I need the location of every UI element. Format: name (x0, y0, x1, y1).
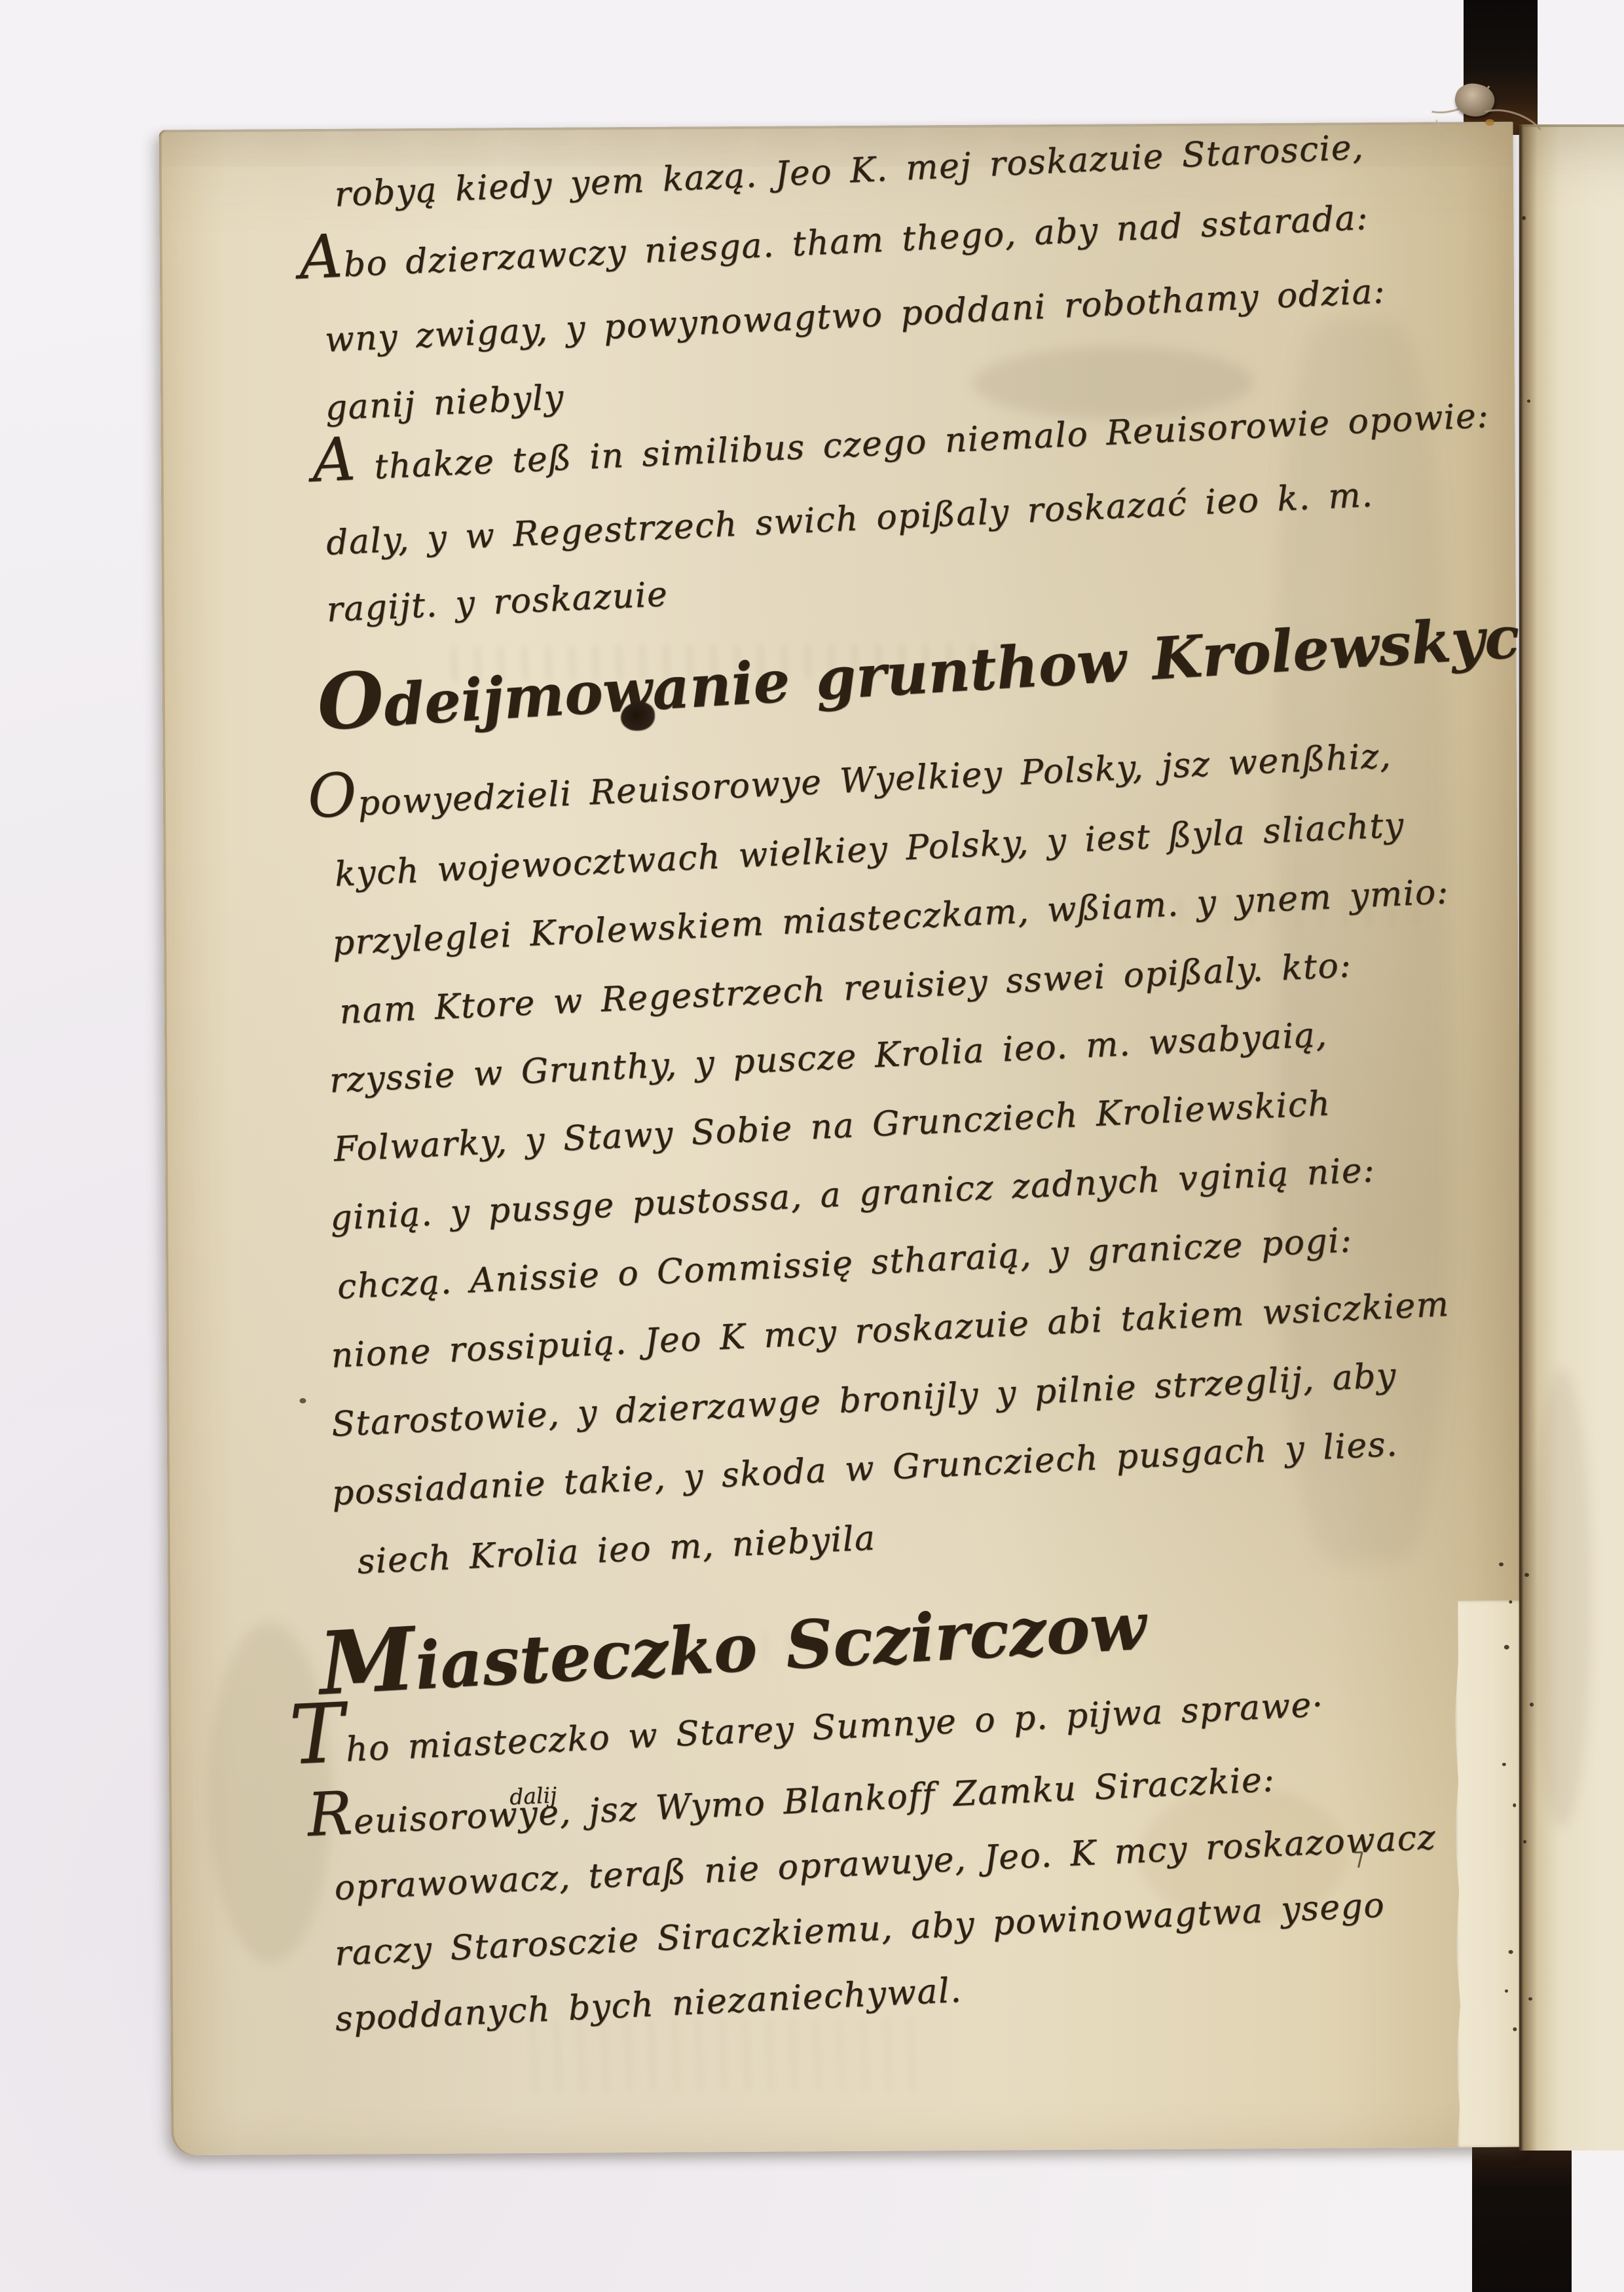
ink-speck (1523, 1840, 1526, 1843)
margin-ink-dot (299, 1398, 306, 1403)
gutter-crease (1519, 124, 1522, 2151)
ink-speck (1528, 1997, 1532, 2001)
paper-stain (1532, 1369, 1591, 1827)
text-line: ragijt. y roskazuie (325, 576, 669, 631)
text-line: nam Ktore w Regestrzech reuisiey sswei o… (339, 946, 1352, 1032)
ink-speck (1524, 1573, 1529, 1577)
ink-speck (1502, 1763, 1506, 1766)
text-line: robyą kiedy yem kazą. Jeo K. mej roskazu… (334, 128, 1365, 215)
text-line: ginią. y pussge pustossa, a granicz zadn… (329, 1151, 1376, 1239)
ink-speck (1513, 1803, 1516, 1807)
text-line: rzyssie w Grunthy, y puscze Krolia ieo. … (329, 1016, 1329, 1101)
text-line: wny zwigay, y powynowagtwo poddani robot… (324, 272, 1386, 361)
text-line: Opowyedzieli Reuisorowye Wyelkiey Polsky… (307, 737, 1392, 826)
ink-speck (1499, 1562, 1504, 1566)
section-heading: Odeijmowanie grunthow Krolewskych (316, 602, 1563, 743)
ink-speck (1505, 1989, 1508, 1993)
ink-speck (1509, 1600, 1512, 1604)
adjacent-page-edge (1519, 124, 1624, 2151)
text-line: ganij niebyly (325, 379, 566, 429)
manuscript-page: robyą kiedy yem kazą. Jeo K. mej roskazu… (159, 122, 1526, 2156)
interlinear-note: dalij (509, 1782, 557, 1809)
frayed-threads (1408, 56, 1559, 155)
ink-speck (1509, 1950, 1513, 1954)
thread-amber-spot (1485, 119, 1494, 126)
text-line: Abo dzierzawczy niesga. tham thego, aby … (299, 199, 1369, 287)
bookmark-ribbon-bottom (1472, 2147, 1572, 2292)
handwritten-text-block: robyą kiedy yem kazą. Jeo K. mej roskazu… (159, 122, 1526, 2156)
text-line: possiadanie takie, y skoda w Gruncziech … (331, 1425, 1399, 1513)
text-line: spoddanych bych niezaniechywal. (335, 1971, 963, 2039)
section-heading: Miasteczko Sczirczow (318, 1589, 1148, 1709)
text-line: siech Krolia ieo m, niebyila (356, 1519, 876, 1582)
ink-blot (621, 702, 655, 731)
text-line: daly, y w Regestrzech swich opißaly rosk… (325, 476, 1375, 564)
text-line: chczą. Anissie o Commissię stharaią, y g… (337, 1221, 1354, 1307)
ink-speck (1527, 399, 1530, 403)
text-line: Folwarky, y Stawy Sobie na Gruncziech Kr… (333, 1084, 1331, 1170)
ink-speck (1522, 216, 1526, 220)
stray-ink-mark (1354, 1851, 1365, 1868)
ink-speck (1530, 1703, 1534, 1707)
ink-speck (1513, 2027, 1517, 2031)
ink-speck (1504, 1645, 1509, 1650)
